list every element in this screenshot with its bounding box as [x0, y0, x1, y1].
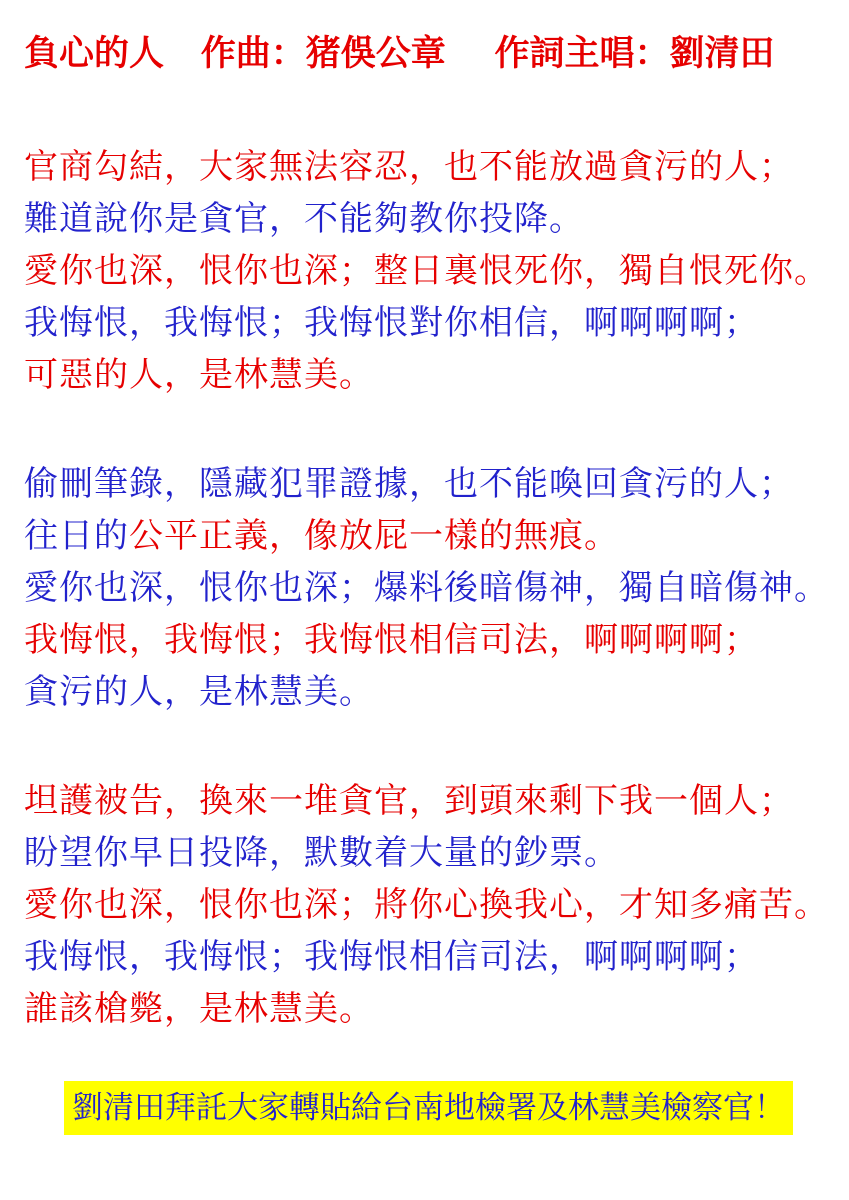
- lyric-segment: 貪污的人，是林慧美。: [24, 674, 374, 711]
- lyric-segment: 誰該槍斃，是林慧美。: [24, 991, 374, 1028]
- lyric-line: 我悔恨，我悔恨；我悔恨相信司法，啊啊啊啊；: [24, 932, 829, 984]
- lyric-line: 偷刪筆錄，隱藏犯罪證據，也不能喚回貪污的人；: [24, 459, 829, 511]
- highlight-band: 劉清田拜託大家轉貼給台南地檢署及林慧美檢察官！: [64, 1081, 793, 1135]
- lyric-segment: 我悔恨，我悔恨；我悔恨相信司法，啊啊啊啊；: [24, 939, 759, 976]
- lyric-line: 官商勾結，大家無法容忍，也不能放過貪污的人；: [24, 142, 829, 194]
- lyricist-singer-credit: 作詞主唱：劉清田: [495, 34, 775, 73]
- lyric-line: 盼望你早日投降，默數着大量的鈔票。: [24, 828, 829, 880]
- lyric-line: 我悔恨，我悔恨；我悔恨相信司法，啊啊啊啊；: [24, 615, 829, 667]
- lyric-line: 我悔恨，我悔恨；我悔恨對你相信，啊啊啊啊；: [24, 298, 829, 350]
- song-title: 負心的人: [24, 34, 164, 73]
- lyric-segment: 我悔恨，我悔恨；我悔恨對你相信，啊啊啊啊；: [24, 305, 759, 342]
- lyric-segment: 愛你也深，恨你也深；將你心換我心，才知多痛苦。: [24, 887, 829, 924]
- lyric-segment: 往日的: [24, 518, 129, 555]
- document-page: 負心的人 作曲：猪俁公章 作詞主唱：劉清田 官商勾結，大家無法容忍，也不能放過貪…: [0, 0, 849, 1200]
- lyric-segment: 我悔恨，我悔恨；我悔恨相信司法，啊啊啊啊；: [24, 622, 759, 659]
- footer-line: 劉清田拜託大家轉貼給台南地檢署及林慧美檢察官！: [64, 1080, 829, 1135]
- composer-credit: 作曲：猪俁公章: [201, 34, 446, 73]
- lyric-line: 誰該槍斃，是林慧美。: [24, 984, 829, 1036]
- lyric-line: 難道說你是貪官，不能夠教你投降。: [24, 194, 829, 246]
- lyric-line: 貪污的人，是林慧美。: [24, 667, 829, 719]
- lyric-line: 愛你也深，恨你也深；將你心換我心，才知多痛苦。: [24, 880, 829, 932]
- lyric-segment: 愛你也深，恨你也深；爆料後暗傷神，獨自暗傷神。: [24, 570, 829, 607]
- lyric-line: 可惡的人，是林慧美。: [24, 350, 829, 402]
- lyric-segment: 愛你也深，恨你也深；整日裏恨死你，獨自恨死你。: [24, 253, 829, 290]
- title-line: 負心的人 作曲：猪俁公章 作詞主唱：劉清田: [24, 28, 829, 80]
- lyric-segment: 公平正義，像放屁一樣的無痕。: [129, 518, 619, 555]
- lyric-segment: 坦護被告，換來一堆貪官，到頭來剩下我一個人；: [24, 783, 794, 820]
- lyric-line: 往日的公平正義，像放屁一樣的無痕。: [24, 511, 829, 563]
- stanza-3: 坦護被告，換來一堆貪官，到頭來剩下我一個人； 盼望你早日投降，默數着大量的鈔票。…: [24, 776, 829, 1036]
- lyric-segment: 盼望你早日投降，默數着大量的鈔票。: [24, 835, 619, 872]
- stanza-2: 偷刪筆錄，隱藏犯罪證據，也不能喚回貪污的人； 往日的公平正義，像放屁一樣的無痕。…: [24, 459, 829, 719]
- lyric-segment: 難道說你是貪官，不能夠教你投降。: [24, 201, 584, 238]
- stanza-1: 官商勾結，大家無法容忍，也不能放過貪污的人； 難道說你是貪官，不能夠教你投降。 …: [24, 142, 829, 402]
- lyric-segment: 偷刪筆錄，隱藏犯罪證據，也不能喚回貪污的人；: [24, 466, 794, 503]
- lyric-line: 愛你也深，恨你也深；爆料後暗傷神，獨自暗傷神。: [24, 563, 829, 615]
- lyric-line: 坦護被告，換來一堆貪官，到頭來剩下我一個人；: [24, 776, 829, 828]
- footer-appeal-text: 劉清田拜託大家轉貼給台南地檢署及林慧美檢察官！: [72, 1090, 785, 1125]
- lyric-segment: 官商勾結，大家無法容忍，也不能放過貪污的人；: [24, 149, 794, 186]
- lyric-segment: 可惡的人，是林慧美。: [24, 357, 374, 394]
- lyric-line: 愛你也深，恨你也深；整日裏恨死你，獨自恨死你。: [24, 246, 829, 298]
